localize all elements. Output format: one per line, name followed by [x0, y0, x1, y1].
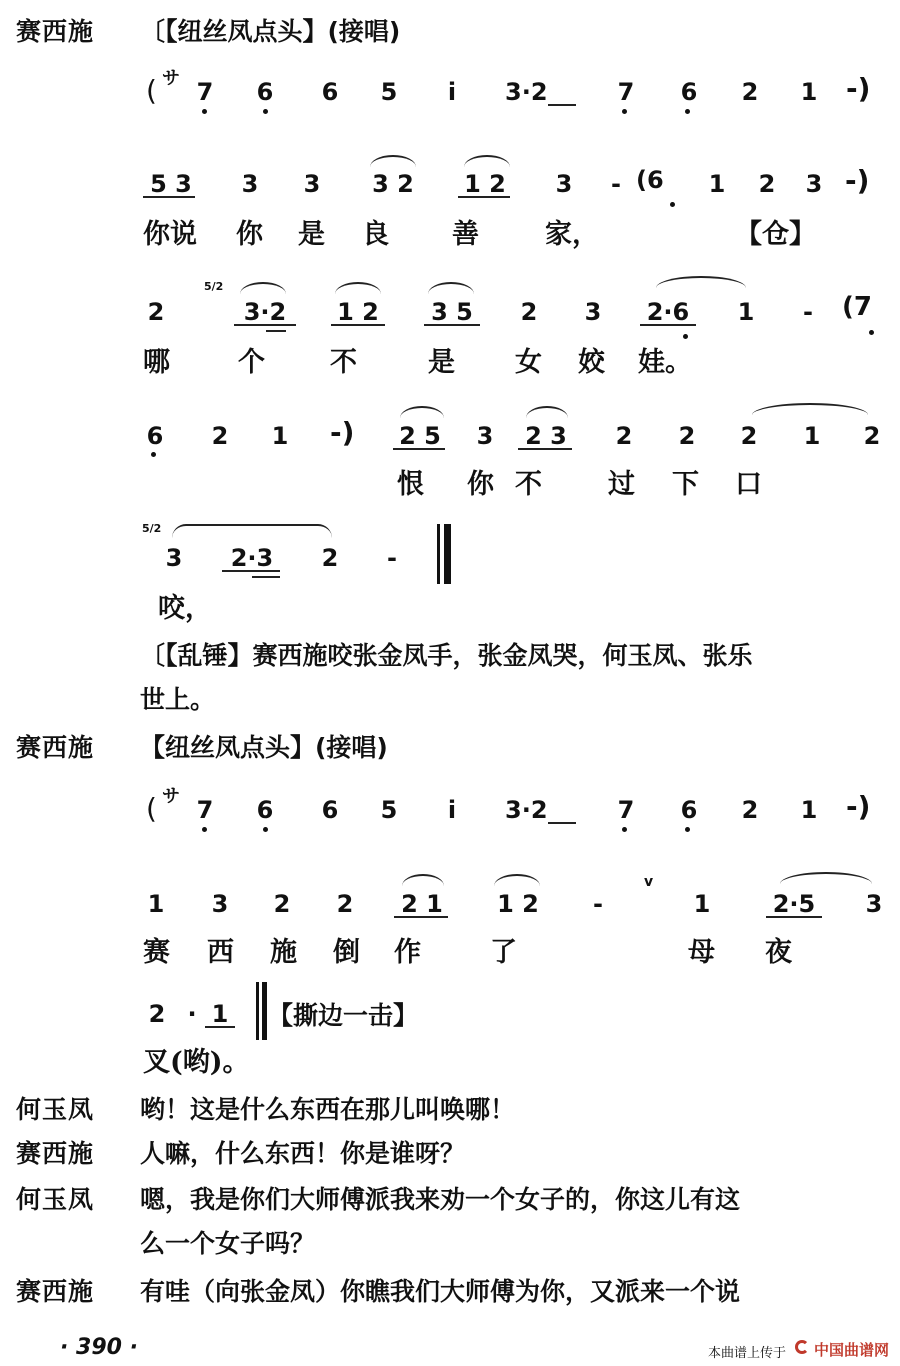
note: 6 [143, 422, 167, 450]
note: i [440, 796, 464, 824]
note: 2 [145, 1000, 169, 1028]
lyric: 你 [467, 462, 494, 501]
note: 6 [677, 78, 701, 106]
note: 6 [253, 796, 277, 824]
lyric: 家， [545, 212, 599, 251]
lyric: 口 [735, 462, 762, 501]
note: 2·3 [222, 544, 282, 572]
note: 2 [738, 796, 762, 824]
grace-note: 5/2 [142, 522, 161, 535]
note: 3 [208, 890, 232, 918]
note: - [380, 544, 404, 572]
note: 3 2 [366, 170, 420, 198]
note: 7 [193, 78, 217, 106]
note: 1 [800, 422, 824, 450]
note: 5 3 [146, 170, 196, 198]
lyric: 哪 [143, 340, 170, 379]
lyric: 姣 [578, 340, 605, 379]
stage-direction-line-1: 〔【乱锤】赛西施咬张金凤手，张金凤哭，何玉凤、张乐 [140, 636, 753, 672]
note: 5 [377, 796, 401, 824]
note: 1 [797, 78, 821, 106]
upload-credit: 本曲谱上传于 [708, 1342, 786, 1361]
dialogue-line: 哟！这是什么东西在那儿叫唤哪！ [140, 1090, 515, 1126]
lyric: 咬， [158, 586, 212, 625]
note: 2 [738, 78, 762, 106]
site-logo-icon [795, 1340, 809, 1354]
note: 1 2 [458, 170, 512, 198]
note: 2 [755, 170, 779, 198]
note: 6 [318, 796, 342, 824]
lyric: 善 [452, 212, 479, 251]
note: 3·2 [505, 78, 565, 106]
note-rest-close: -) [846, 790, 870, 823]
note: 2 [208, 422, 232, 450]
breath-mark: v [644, 874, 653, 890]
note: 2 [270, 890, 294, 918]
note: 1 [268, 422, 292, 450]
lyric: 了 [490, 930, 517, 969]
lyric: 不 [515, 462, 542, 501]
lyric: 作 [394, 930, 421, 969]
note: 3 [473, 422, 497, 450]
lyric: 母 [688, 930, 715, 969]
note-rest-close: -) [846, 72, 870, 105]
note: 1 [705, 170, 729, 198]
note: 1 [144, 890, 168, 918]
note: 3 [238, 170, 262, 198]
note: 6 [677, 796, 701, 824]
lyric: 女 [515, 340, 542, 379]
note: 2 [860, 422, 884, 450]
note: · [180, 1000, 204, 1028]
note: -) [845, 164, 869, 197]
note: 3 [552, 170, 576, 198]
note: - [604, 170, 628, 198]
percussion-cue: 【撕边一击】 [268, 996, 418, 1032]
note: 1 [690, 890, 714, 918]
note: 6 [253, 78, 277, 106]
speaker-label: 赛西施 [16, 728, 94, 764]
note: 3·2 [505, 796, 565, 824]
lyric: 恨 [397, 462, 424, 501]
stage-direction-line-2: 世上。 [140, 680, 215, 716]
grace-note: 5/2 [204, 282, 223, 292]
lyric: 施 [270, 930, 297, 969]
note: 3 [162, 544, 186, 572]
note: 1 [797, 796, 821, 824]
note: 1 [208, 1000, 232, 1028]
note: 5 [377, 78, 401, 106]
note: 2 [612, 422, 636, 450]
site-name[interactable]: 中国曲谱网 [814, 1339, 889, 1360]
note: -) [330, 416, 354, 449]
note: 7 [193, 796, 217, 824]
note: 2 [318, 544, 342, 572]
note: 2 [675, 422, 699, 450]
tune-title: 【纽丝凤点头】(接唱) [140, 728, 388, 764]
lyric: 叉(哟)。 [143, 1040, 250, 1079]
note: 3 [802, 170, 826, 198]
lyric: 西 [207, 930, 234, 969]
note: 2 [517, 298, 541, 326]
lyric: 倒 [333, 930, 360, 969]
lyric: 过 [608, 462, 635, 501]
lyric: 赛 [143, 930, 170, 969]
lyric: 良 [362, 212, 389, 251]
note: 7 [614, 796, 638, 824]
note: 2 5 [392, 422, 448, 450]
paren-open: ( [146, 74, 157, 107]
note: 3 5 [424, 298, 480, 326]
lyric: 个 [238, 340, 265, 379]
note: 1 2 [330, 298, 386, 326]
note: 7 [614, 78, 638, 106]
lyric: 你说 [143, 212, 197, 251]
tune-title: 〔【纽丝凤点头】(接唱) [140, 12, 400, 48]
speaker-label: 赛西施 [16, 1272, 94, 1308]
speaker-label: 赛西施 [16, 12, 94, 48]
note: 2·5 [766, 890, 822, 918]
note: i [440, 78, 464, 106]
note: 3·2 [236, 298, 294, 326]
note: 2 [333, 890, 357, 918]
note: 1 [734, 298, 758, 326]
note: 3 [300, 170, 324, 198]
speaker-label: 何玉凤 [16, 1180, 94, 1216]
note: - [796, 298, 820, 326]
note: 3 [581, 298, 605, 326]
free-meter-mark: サ [162, 64, 180, 90]
note: 2 [144, 298, 168, 326]
lyric: 是 [428, 340, 455, 379]
percussion-cue: 【仓】 [735, 212, 816, 251]
note: 3 [862, 890, 886, 918]
note: 2 1 [394, 890, 450, 918]
lyric: 夜 [765, 930, 792, 969]
paren-open: ( [146, 792, 157, 825]
note: 2 [737, 422, 761, 450]
dialogue-line: 有哇（向张金凤）你瞧我们大师傅为你，又派来一个说 [140, 1272, 740, 1308]
note: 1 2 [490, 890, 546, 918]
note: 6 [318, 78, 342, 106]
note: (7 [842, 292, 872, 322]
lyric: 下 [672, 462, 699, 501]
dialogue-line: 么一个女子吗？ [140, 1224, 315, 1260]
lyric: 是 [298, 212, 325, 251]
lyric: 不 [330, 340, 357, 379]
note: - [586, 890, 610, 918]
note: 2 3 [518, 422, 574, 450]
dialogue-line: 人嘛，什么东西！你是谁呀？ [140, 1134, 465, 1170]
page-number: · 390 · [60, 1335, 138, 1360]
speaker-label: 何玉凤 [16, 1090, 94, 1126]
note: 2·6 [640, 298, 696, 326]
lyric: 你 [236, 212, 263, 251]
dialogue-line: 嗯，我是你们大师傅派我来劝一个女子的，你这儿有这 [140, 1180, 740, 1216]
lyric: 娃。 [638, 340, 692, 379]
free-meter-mark: サ [162, 782, 180, 808]
note: (6 [636, 166, 664, 194]
speaker-label: 赛西施 [16, 1134, 94, 1170]
